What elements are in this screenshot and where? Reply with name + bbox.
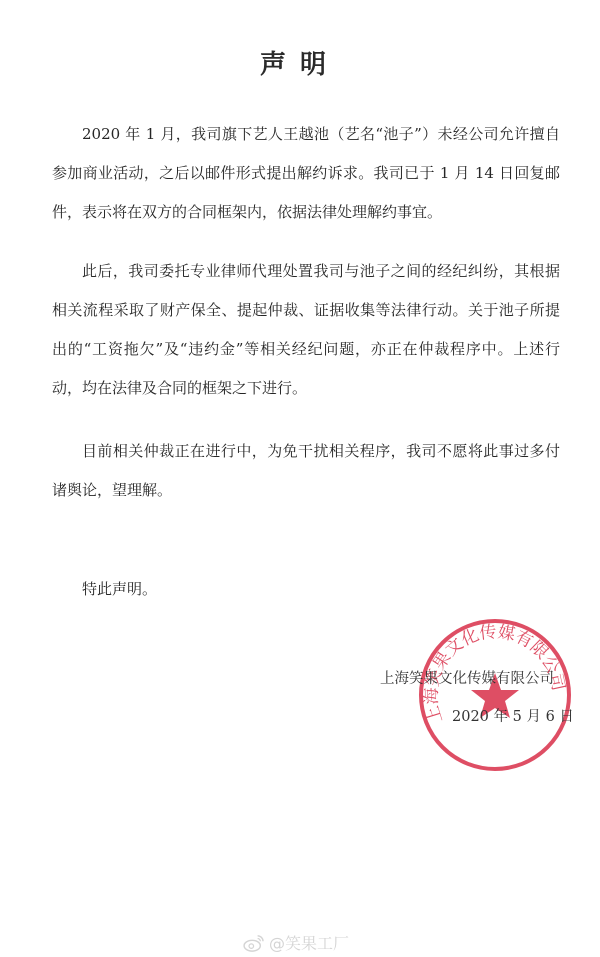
weibo-icon — [243, 934, 265, 952]
weibo-watermark: @笑果工厂 — [243, 931, 349, 954]
document-title: 声明 — [0, 44, 600, 81]
paragraph-3: 目前相关仲裁正在进行中，为免干扰相关程序，我司不愿将此事过多付诸舆论，望理解。 — [52, 432, 560, 510]
paragraph-closing: 特此声明。 — [52, 570, 560, 609]
company-seal-icon: 上海笑果文化传媒有限公司 — [415, 615, 575, 775]
paragraph-2: 此后，我司委托专业律师代理处置我司与池子之间的经纪纠纷，其根据相关流程采取了财产… — [52, 252, 560, 408]
watermark-text: @笑果工厂 — [269, 931, 349, 954]
signature-date: 2020 年 5 月 6 日 — [452, 705, 574, 726]
paragraph-1: 2020 年 1 月，我司旗下艺人王越池（艺名“池子”）未经公司允许擅自参加商业… — [52, 115, 560, 232]
signature-company: 上海笑果文化传媒有限公司 — [380, 667, 554, 688]
